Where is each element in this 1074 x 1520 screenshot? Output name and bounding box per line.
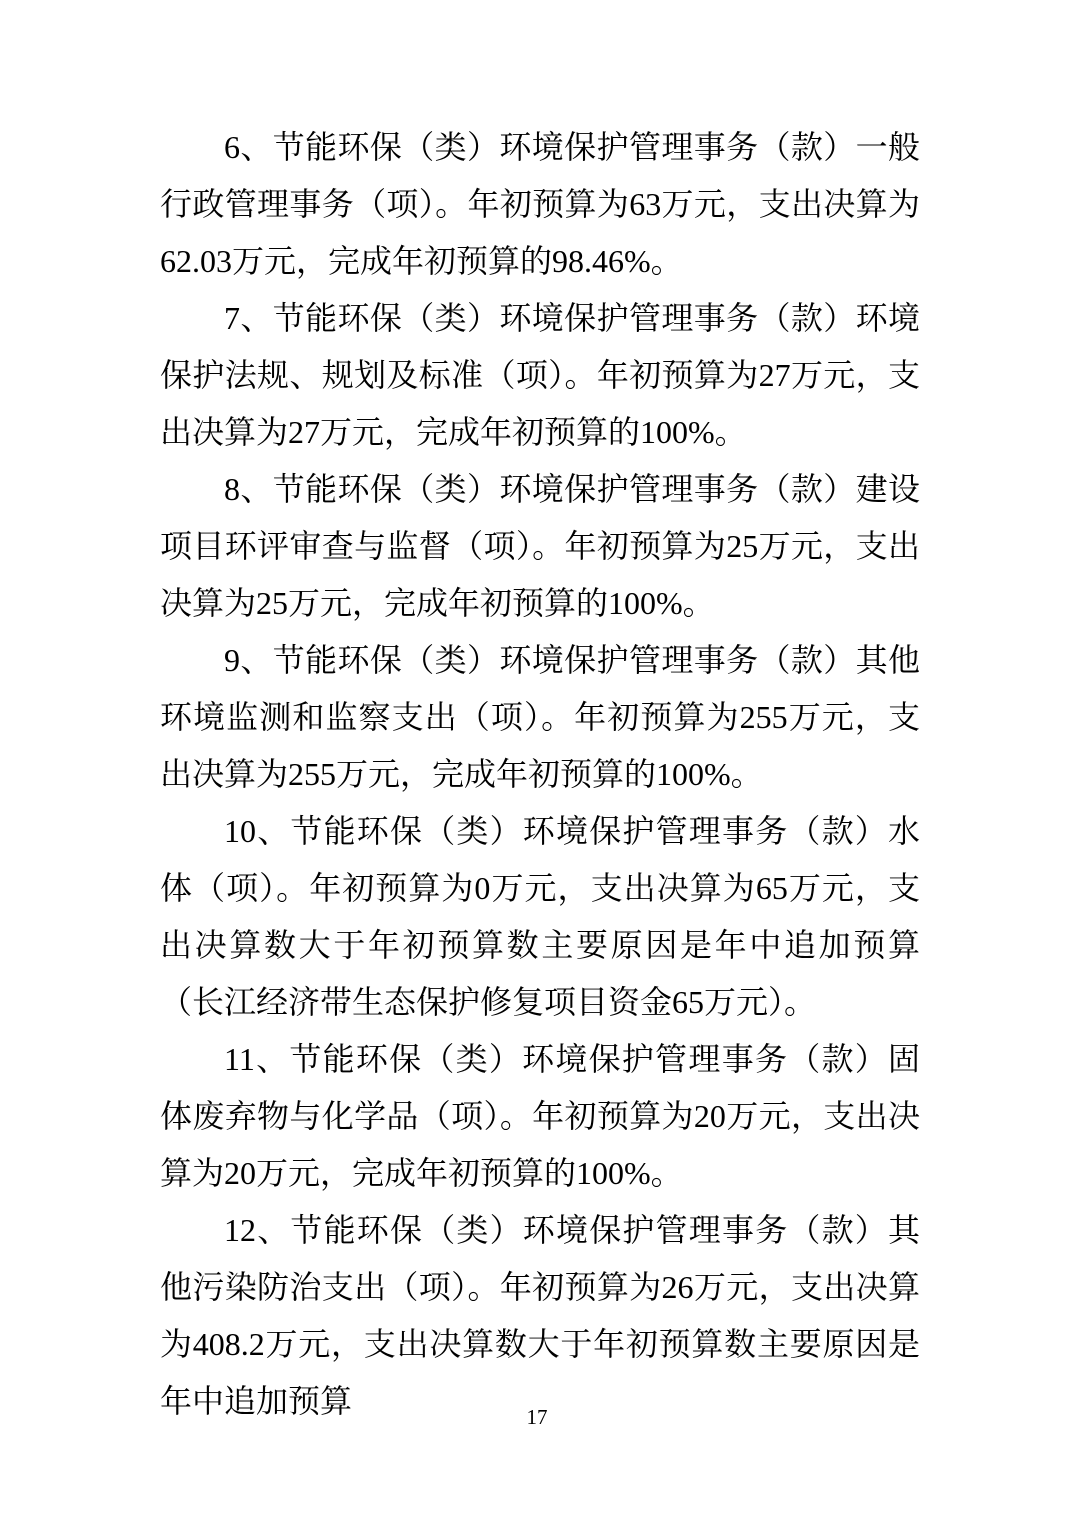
paragraph-1: 6、节能环保（类）环境保护管理事务（款）一般行政管理事务（项）。年初预算为63万… (160, 119, 920, 290)
paragraph-5: 10、节能环保（类）环境保护管理事务（款）水体（项）。年初预算为0万元，支出决算… (160, 803, 920, 1031)
page-number: 17 (0, 1404, 1074, 1430)
paragraph-3: 8、节能环保（类）环境保护管理事务（款）建设项目环评审查与监督（项）。年初预算为… (160, 461, 920, 632)
paragraph-6: 11、节能环保（类）环境保护管理事务（款）固体废弃物与化学品（项）。年初预算为2… (160, 1031, 920, 1202)
paragraph-7: 12、节能环保（类）环境保护管理事务（款）其他污染防治支出（项）。年初预算为26… (160, 1202, 920, 1430)
paragraph-4: 9、节能环保（类）环境保护管理事务（款）其他环境监测和监察支出（项）。年初预算为… (160, 632, 920, 803)
document-body: 6、节能环保（类）环境保护管理事务（款）一般行政管理事务（项）。年初预算为63万… (160, 119, 920, 1430)
paragraph-2: 7、节能环保（类）环境保护管理事务（款）环境保护法规、规划及标准（项）。年初预算… (160, 290, 920, 461)
document-page: 6、节能环保（类）环境保护管理事务（款）一般行政管理事务（项）。年初预算为63万… (0, 0, 1074, 1520)
